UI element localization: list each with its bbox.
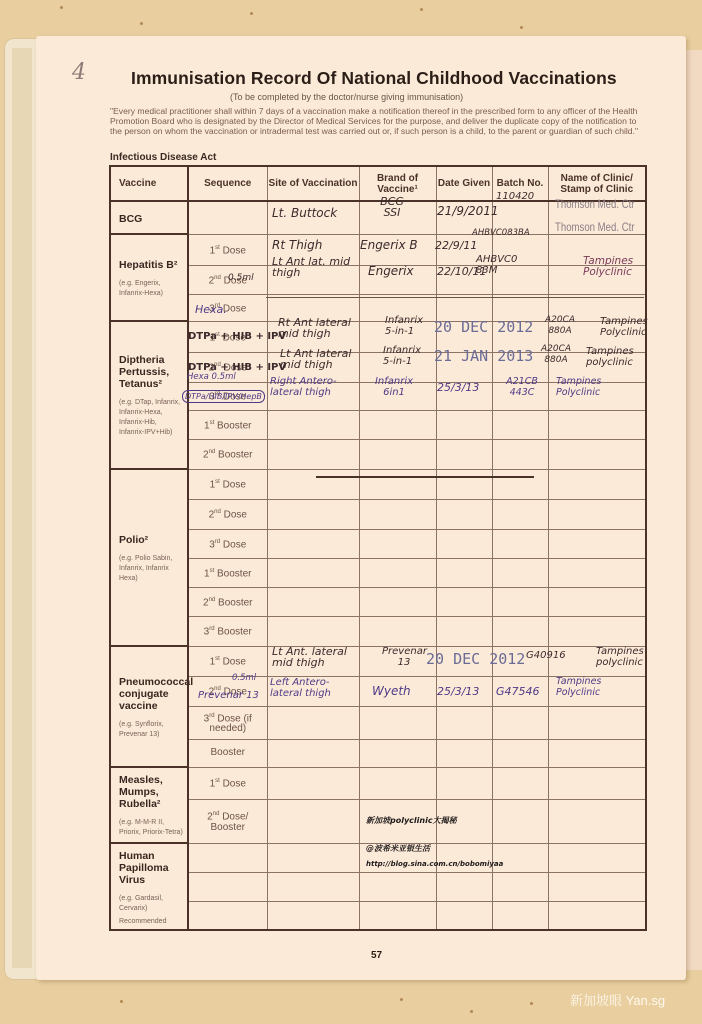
vaccine-name: Human Papilloma Virus xyxy=(119,850,183,886)
table-row: Pneumococcal conjugate vaccine(e.g. Synf… xyxy=(110,646,646,676)
table-row: 3rd Dose (if needed) xyxy=(110,706,646,739)
pcv2-clinic: Tampines Polyclinic xyxy=(556,676,628,698)
batch-cell[interactable] xyxy=(492,529,548,558)
background-speck xyxy=(520,26,523,29)
vaccine-name: Diptheria Pertussis, Tetanus² xyxy=(119,354,183,390)
hepb2-seq-note: 0.5ml xyxy=(228,273,254,284)
vaccine-cell: Hepatitis B²(e.g. Engerix, Infanrix-Hexa… xyxy=(110,234,188,321)
sequence-cell: 1st Dose xyxy=(188,767,267,799)
image-credit: 新加坡眼 Yan.sg xyxy=(570,990,665,1009)
clinic-cell[interactable] xyxy=(548,616,646,646)
dtp2-batch: A20CA 880A xyxy=(536,344,576,366)
batch-cell[interactable] xyxy=(492,439,548,469)
hepb1-site: Rt Thigh xyxy=(272,240,322,251)
dtp3-batch: A21CB 443C xyxy=(502,376,542,398)
dtp1-brand: Infanrix 5-in-1 xyxy=(385,315,435,337)
brand-cell[interactable] xyxy=(359,587,436,616)
clinic-cell[interactable] xyxy=(548,469,646,499)
hepb1-clinic-stamp: Thomson Med. Ctr xyxy=(555,220,635,234)
header-sequence: Sequence xyxy=(188,166,267,201)
brand-cell[interactable] xyxy=(359,439,436,469)
site-cell[interactable] xyxy=(267,558,359,587)
batch-cell[interactable] xyxy=(492,799,548,843)
background-speck xyxy=(60,6,63,9)
site-cell[interactable] xyxy=(267,799,359,843)
clinic-cell[interactable] xyxy=(548,799,646,843)
table-row: 1st Booster xyxy=(110,558,646,587)
sequence-cell: 2nd Dose/ Booster xyxy=(188,799,267,843)
dtp3-seq-note-top: Hexa 0.5ml xyxy=(187,372,236,383)
table-row: 2nd Booster xyxy=(110,587,646,616)
vaccine-name: Polio² xyxy=(119,534,183,546)
binder-inner xyxy=(12,48,32,968)
background-speck xyxy=(120,1000,123,1003)
site-cell[interactable] xyxy=(267,872,359,901)
brand-cell[interactable] xyxy=(359,739,436,767)
batch-cell[interactable] xyxy=(492,872,548,901)
brand-cell[interactable] xyxy=(359,616,436,646)
handwritten-corner-mark: 4 xyxy=(72,60,86,85)
vaccine-cell: BCG xyxy=(110,201,188,234)
watermark-line-2: @波希米亚银生活 xyxy=(366,843,430,854)
pcv1-brand: Prevenar 13 xyxy=(382,646,426,668)
vaccine-examples: (e.g. DTap, Infanrix, Infanrix-Hexa, Inf… xyxy=(119,398,183,438)
dtp2-brand: Infanrix 5-in-1 xyxy=(383,345,433,367)
date-cell[interactable] xyxy=(436,294,492,321)
clinic-cell[interactable] xyxy=(548,739,646,767)
dtp3-site: Right Antero-lateral thigh xyxy=(270,376,350,398)
vaccine-examples: (e.g. Synflorix, Prevenar 13) xyxy=(119,720,183,740)
pcv2-brand: Wyeth xyxy=(372,686,411,697)
hepb2-site: Lt Ant lat. mid thigh xyxy=(272,256,352,278)
batch-cell[interactable] xyxy=(492,706,548,739)
watermark-line-3: http://blog.sina.com.cn/bobomiyaa xyxy=(366,860,503,868)
site-cell[interactable] xyxy=(267,767,359,799)
dtp1-batch: A20CA 880A xyxy=(540,315,580,337)
brand-cell[interactable] xyxy=(359,872,436,901)
clinic-cell[interactable] xyxy=(548,706,646,739)
sequence-cell xyxy=(188,901,267,930)
sequence-cell: 2nd Booster xyxy=(188,587,267,616)
sequence-cell: 2nd Booster xyxy=(188,439,267,469)
vaccine-examples: (e.g. Polio Sabin, Infanrix, Infanrix He… xyxy=(119,554,183,584)
brand-cell[interactable] xyxy=(359,558,436,587)
hepb1-date: 22/9/11 xyxy=(435,240,477,251)
hepb1-batch: AHBVC083BA xyxy=(472,228,530,239)
brand-cell[interactable] xyxy=(359,499,436,529)
site-cell[interactable] xyxy=(267,439,359,469)
sequence-cell: 3rd Dose xyxy=(188,529,267,558)
header-site: Site of Vaccination xyxy=(267,166,359,201)
table-row: 2nd Booster xyxy=(110,439,646,469)
hepb3-strike-line xyxy=(266,297,644,298)
brand-cell[interactable] xyxy=(359,767,436,799)
sequence-cell: 1st Dose xyxy=(188,469,267,499)
dtp3-clinic: Tampines Polyclinic xyxy=(556,376,628,398)
vaccine-name: Pneumococcal conjugate vaccine xyxy=(119,676,183,712)
date-cell[interactable] xyxy=(436,616,492,646)
page-number: 57 xyxy=(371,950,382,961)
table-row: Measles, Mumps, Rubella²(e.g. M-M-R II, … xyxy=(110,767,646,799)
date-cell[interactable] xyxy=(436,439,492,469)
date-cell[interactable] xyxy=(436,499,492,529)
background-speck xyxy=(530,1002,533,1005)
batch-cell[interactable] xyxy=(492,469,548,499)
hepb1-brand: Engerix B xyxy=(360,240,418,251)
table-row: 2nd Dose xyxy=(110,499,646,529)
sequence-cell: 1st Dose xyxy=(188,646,267,676)
legal-quote: "Every medical practitioner shall within… xyxy=(110,106,650,137)
table-row: 3rd Booster xyxy=(110,616,646,646)
batch-cell[interactable] xyxy=(492,901,548,930)
site-cell[interactable] xyxy=(267,739,359,767)
sequence-cell xyxy=(188,872,267,901)
vaccine-cell: Pneumococcal conjugate vaccine(e.g. Synf… xyxy=(110,646,188,767)
bcg-batch: 110420 xyxy=(496,191,534,202)
date-cell[interactable] xyxy=(436,469,492,499)
table-row: Polio²(e.g. Polio Sabin, Infanrix, Infan… xyxy=(110,469,646,499)
clinic-cell[interactable] xyxy=(548,529,646,558)
site-cell[interactable] xyxy=(267,410,359,439)
clinic-cell[interactable] xyxy=(548,767,646,799)
clinic-cell[interactable] xyxy=(548,499,646,529)
vaccine-cell: Polio²(e.g. Polio Sabin, Infanrix, Infan… xyxy=(110,469,188,646)
vaccine-name: Measles, Mumps, Rubella² xyxy=(119,774,183,810)
dtp1-clinic: Tampines Polyclinic xyxy=(600,316,660,338)
site-cell[interactable] xyxy=(267,499,359,529)
clinic-cell[interactable] xyxy=(548,439,646,469)
sequence-cell: 1st Booster xyxy=(188,410,267,439)
background-speck xyxy=(400,998,403,1001)
hepb2-clinic: Tampines Polyclinic xyxy=(583,256,655,278)
dtp2-date-stamp: 21 JAN 2013 xyxy=(434,347,533,365)
date-cell[interactable] xyxy=(436,901,492,930)
hepb3-seq-note: Hexa. xyxy=(195,304,227,315)
brand-cell[interactable] xyxy=(359,901,436,930)
brand-cell[interactable] xyxy=(359,529,436,558)
pcv1-clinic: Tampines polyclinic xyxy=(596,646,662,668)
table-row: 3rd Dose xyxy=(110,529,646,558)
clinic-cell[interactable] xyxy=(548,843,646,872)
pcv2-date: 25/3/13 xyxy=(437,686,479,697)
sequence-cell xyxy=(188,201,267,234)
dtp2-clinic: Tampines polyclinic xyxy=(586,346,658,368)
dtp2-site: Lt Ant lateral mid thigh xyxy=(280,348,372,370)
batch-cell[interactable] xyxy=(492,587,548,616)
bcg-clinic-stamp: Thomson Med. Ctr xyxy=(555,197,635,211)
vaccine-examples: (e.g. Gardasil, Cervarix) xyxy=(119,894,183,914)
background-speck xyxy=(250,12,253,15)
clinic-cell[interactable] xyxy=(548,410,646,439)
dtp3-date: 25/3/13 xyxy=(437,382,479,393)
site-cell[interactable] xyxy=(267,587,359,616)
vaccine-cell: Human Papilloma Virus(e.g. Gardasil, Cer… xyxy=(110,843,188,930)
sequence-cell: 1st Dose xyxy=(188,234,267,265)
batch-cell[interactable] xyxy=(492,767,548,799)
sequence-cell xyxy=(188,843,267,872)
vaccine-cell: Measles, Mumps, Rubella²(e.g. M-M-R II, … xyxy=(110,767,188,843)
hepb2-brand: Engerix xyxy=(368,266,414,277)
sequence-cell: 1st Booster xyxy=(188,558,267,587)
dtp1-seq-note: DTPa + HIB + IPV xyxy=(188,331,286,342)
date-cell[interactable] xyxy=(436,872,492,901)
vaccine-examples: (e.g. M-M-R II, Priorix, Priorix-Tetra) xyxy=(119,818,183,838)
dtp1-site: Rt Ant lateral mid thigh xyxy=(278,317,370,339)
polio-strike-line xyxy=(316,476,534,478)
brand-cell[interactable] xyxy=(359,410,436,439)
vaccine-cell: Diptheria Pertussis, Tetanus²(e.g. DTap,… xyxy=(110,321,188,469)
batch-cell[interactable] xyxy=(492,558,548,587)
site-cell[interactable] xyxy=(267,529,359,558)
date-cell[interactable] xyxy=(436,410,492,439)
pcv1-site: Lt Ant. lateral mid thigh xyxy=(272,646,366,668)
brand-cell[interactable] xyxy=(359,706,436,739)
header-clinic: Name of Clinic/ Stamp of Clinic xyxy=(548,166,646,201)
brand-cell[interactable] xyxy=(359,469,436,499)
sequence-cell: 3rd Booster xyxy=(188,616,267,646)
pcv1-date-stamp: 20 DEC 2012 xyxy=(426,650,525,668)
table-row: Booster xyxy=(110,739,646,767)
clinic-cell[interactable] xyxy=(548,558,646,587)
pcv2-seq-note-top: 0.5ml xyxy=(232,673,256,684)
bcg-site: Lt. Buttock xyxy=(272,208,337,219)
next-page-edge xyxy=(684,50,702,970)
watermark-line-1: 新加坡polyclinic大揭秘 xyxy=(366,815,457,826)
dtp3-seq-note: DTPa/HIB/IPV/HepB xyxy=(182,390,265,403)
date-cell[interactable] xyxy=(436,529,492,558)
date-cell[interactable] xyxy=(436,558,492,587)
pcv2-site: Left Antero-lateral thigh xyxy=(270,677,350,699)
vaccine-note: Recommended xyxy=(119,918,183,925)
bcg-brand: BCG SSI xyxy=(372,196,412,218)
sequence-cell: Booster xyxy=(188,739,267,767)
sequence-cell: 2nd Dose xyxy=(188,499,267,529)
header-vaccine: Vaccine xyxy=(110,166,188,201)
table-row xyxy=(110,872,646,901)
pcv2-seq-note: Prevenar 13 xyxy=(198,690,259,701)
vaccine-name: Hepatitis B² xyxy=(119,259,183,271)
vaccine-examples: (e.g. Engerix, Infanrix-Hexa) xyxy=(119,279,183,299)
site-cell[interactable] xyxy=(267,901,359,930)
page-subtitle: (To be completed by the doctor/nurse giv… xyxy=(230,92,463,102)
site-cell[interactable] xyxy=(267,469,359,499)
pcv1-batch: G40916 xyxy=(526,650,566,661)
date-cell[interactable] xyxy=(436,767,492,799)
site-cell[interactable] xyxy=(267,843,359,872)
site-cell[interactable] xyxy=(267,706,359,739)
dtp1-date-stamp: 20 DEC 2012 xyxy=(434,318,533,336)
bcg-date: 21/9/2011 xyxy=(437,206,499,217)
sequence-cell: 3rd Dose (if needed) xyxy=(188,706,267,739)
date-cell[interactable] xyxy=(436,587,492,616)
clinic-cell[interactable] xyxy=(548,901,646,930)
batch-cell[interactable] xyxy=(492,739,548,767)
hepb2-batch: AHBVC0 83M xyxy=(476,254,524,276)
background-speck xyxy=(470,1010,473,1013)
vaccine-name: BCG xyxy=(119,213,183,225)
act-heading: Infectious Disease Act xyxy=(110,152,216,163)
batch-cell[interactable] xyxy=(492,410,548,439)
clinic-cell[interactable] xyxy=(548,587,646,616)
background-speck xyxy=(140,22,143,25)
header-date: Date Given xyxy=(436,166,492,201)
site-cell[interactable] xyxy=(267,616,359,646)
batch-cell[interactable] xyxy=(492,616,548,646)
pcv2-batch: G47546 xyxy=(496,686,540,697)
dtp3-brand: Infanrix 6in1 xyxy=(370,376,418,398)
background-speck xyxy=(420,8,423,11)
page-title: Immunisation Record Of National Childhoo… xyxy=(131,68,617,89)
clinic-cell[interactable] xyxy=(548,872,646,901)
table-row xyxy=(110,901,646,930)
batch-cell[interactable] xyxy=(492,499,548,529)
date-cell[interactable] xyxy=(436,706,492,739)
table-row: 1st Booster xyxy=(110,410,646,439)
date-cell[interactable] xyxy=(436,739,492,767)
